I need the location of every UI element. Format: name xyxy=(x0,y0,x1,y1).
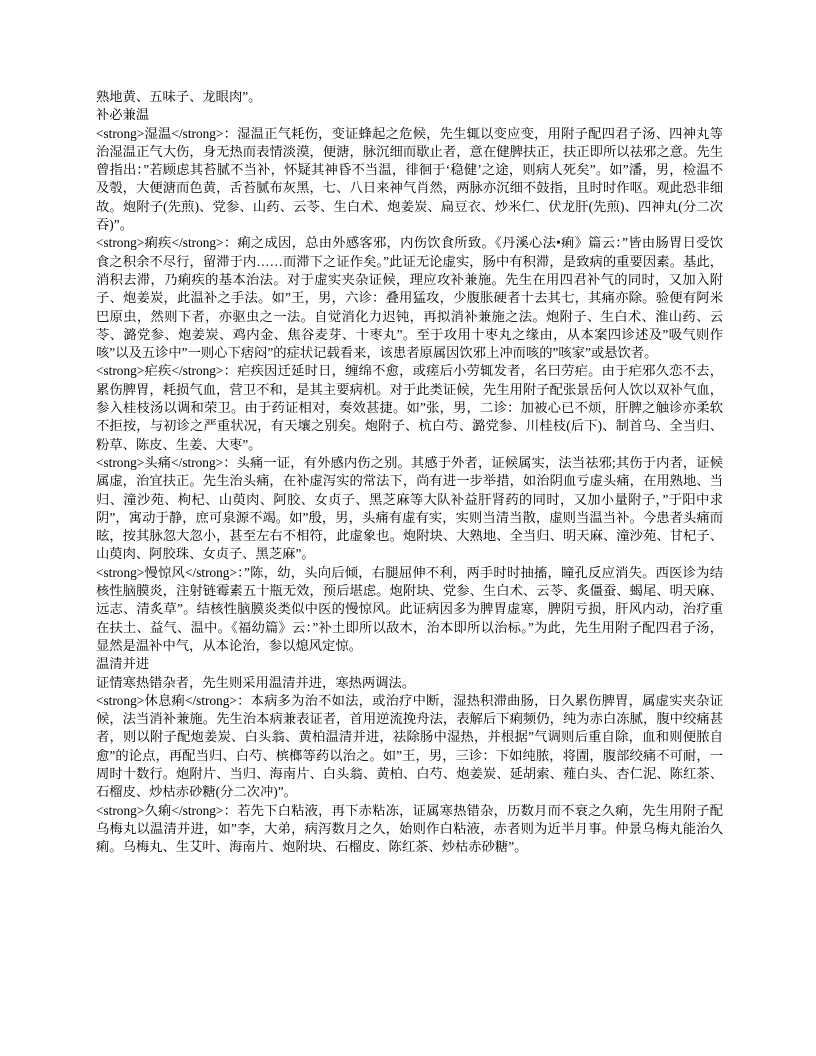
document-page: 熟地黄、五味子、龙眼肉”。 补必兼温 <strong>湿温</strong>：湿… xyxy=(0,0,816,1056)
paragraph-manjingfeng: <strong>慢惊风</strong>：”陈，幼，头向后倾，右腿屈伸不利，两手… xyxy=(96,564,723,655)
paragraph-toutong: <strong>头痛</strong>：头痛一证，有外感内伤之别。其感于外者，证… xyxy=(96,454,723,564)
section-heading-bu-bi-jian-wen: 补必兼温 xyxy=(96,106,723,124)
paragraph-jiuli: <strong>久痢</strong>：若先下白粘液，再下赤粘冻，证属寒热错杂，… xyxy=(96,802,723,857)
paragraph-nueji: <strong>疟疾</strong>：疟疾因迁延时日，缠绵不愈，或瘥后小劳辄发… xyxy=(96,362,723,453)
document-body: 熟地黄、五味子、龙眼肉”。 补必兼温 <strong>湿温</strong>：湿… xyxy=(96,88,723,856)
section-heading-wen-qing-bing-jin: 温清并进 xyxy=(96,655,723,673)
line-wenqing-intro: 证情寒热错杂者，先生则采用温清并进，寒热两调法。 xyxy=(96,674,723,692)
continuation-line: 熟地黄、五味子、龙眼肉”。 xyxy=(96,88,723,106)
paragraph-xiuxili: <strong>休息痢</strong>：本病多为治不如法，或治疗中断，湿热积滞… xyxy=(96,692,723,802)
paragraph-liji: <strong>痢疾</strong>：痢之成因，总由外感客邪，内伤饮食所致。《… xyxy=(96,234,723,362)
paragraph-shiwen: <strong>湿温</strong>：湿温正气耗伤，变证蜂起之危候，先生辄以变… xyxy=(96,125,723,235)
